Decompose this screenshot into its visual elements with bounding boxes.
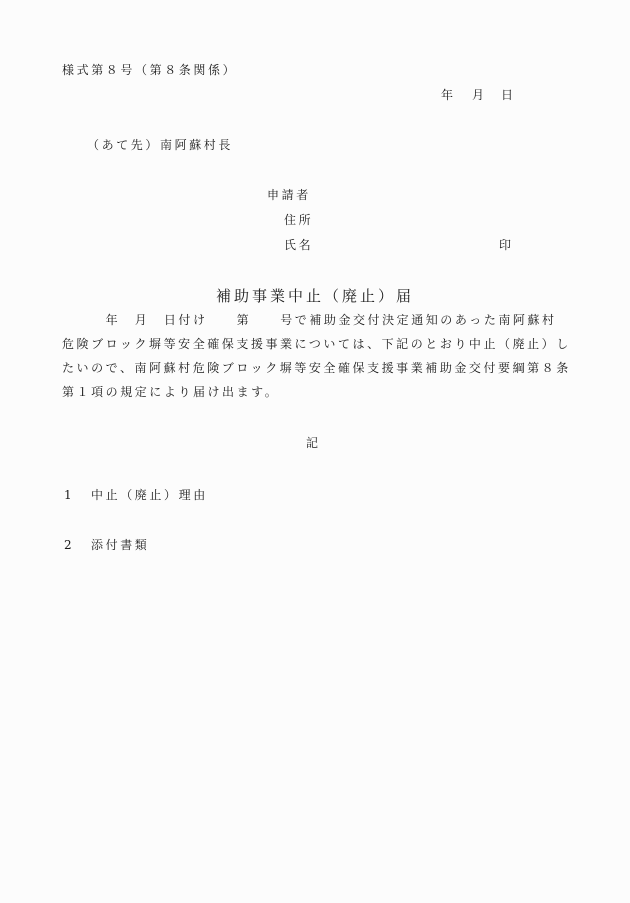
document-title: 補助事業中止（廃止）届 xyxy=(216,285,414,306)
form-number: 様式第８号（第８条関係） xyxy=(62,61,237,78)
body-text-line: たいので、南阿蘇村危険ブロック塀等安全確保支援事業補助金交付要綱第８条 xyxy=(62,359,572,376)
date-year: 年 xyxy=(441,86,472,103)
item-label: 中止（廃止）理由 xyxy=(91,488,208,502)
seal-mark: 印 xyxy=(499,236,511,253)
body-text-line: 年 月 日付け 第 号で補助金交付決定通知のあった南阿蘇村 xyxy=(62,311,572,328)
applicant-label: 申請者 xyxy=(267,186,311,203)
item-number: 2 xyxy=(64,538,91,552)
date-month: 月 xyxy=(472,86,501,103)
date-day: 日 xyxy=(501,86,513,103)
list-item-reason: 1中止（廃止）理由 xyxy=(64,486,208,503)
body-text-line: 第１項の規定により届け出ます。 xyxy=(62,383,572,400)
name-label: 氏名 xyxy=(284,236,313,253)
body-text-line: 危険ブロック塀等安全確保支援事業については、下記のとおり中止（廃止）し xyxy=(62,335,572,352)
ki-heading: 記 xyxy=(306,434,318,451)
addressee: （あて先）南阿蘇村長 xyxy=(87,136,233,153)
list-item-attachments: 2添付書類 xyxy=(64,536,149,553)
address-label: 住所 xyxy=(284,211,313,228)
item-number: 1 xyxy=(64,488,91,502)
item-label: 添付書類 xyxy=(91,538,149,552)
date-line: 年月日 xyxy=(441,86,513,103)
